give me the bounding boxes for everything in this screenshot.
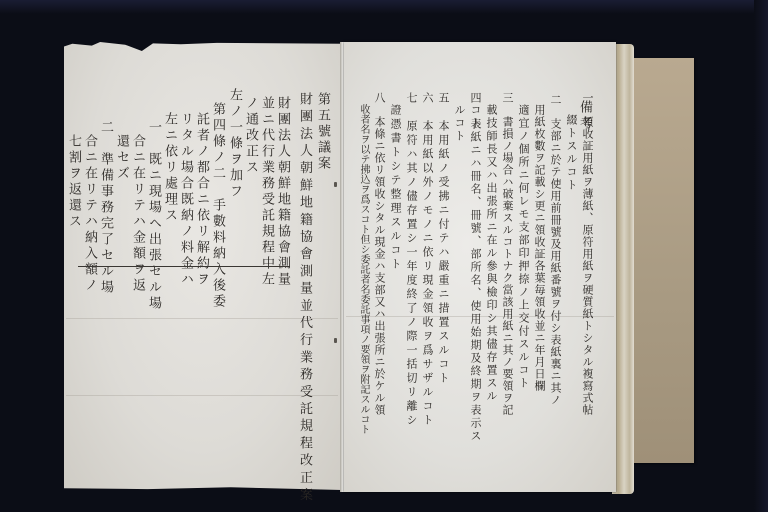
remarks-item-3: 三 書損ノ場合ハ破棄スルコトナク當該用紙ニ其ノ要領ヲ記 (502, 92, 513, 416)
left-column: 並ニ代行業務受託規程中左 (260, 96, 273, 288)
remarks-item-6: 六 本用紙以外ノモノニ依リ現金領收ヲ爲サザルコト (422, 92, 433, 428)
remarks-item-2-cont: 適宜ノ個所ニ何レモ支部印押捺ノ上交付スルコト (518, 104, 529, 390)
left-column: 一 既ニ現場ヘ出張セル場 (147, 120, 160, 312)
remarks-item-7: 七 原符ハ其ノ儘存置シ一年度終了ノ際一括切リ離シ (406, 92, 417, 428)
remarks-item-8-cont: 收者名ヲ以テ拂込ヲ爲スコト但シ委託者名委託事項ノ要領ヲ附記スルコト (358, 104, 368, 434)
remarks-item-4: 四 表紙ニハ冊名、冊號、部所名、使用始期及終期ヲ表示ス (470, 92, 481, 443)
remarks-item-2: 二 支部ニ於テ使用前冊號及用紙番號ヲ付シ表紙裏ニ其ノ (550, 94, 561, 406)
display-case-frame-right (754, 0, 768, 512)
left-column: 第四條ノ二 手數料納入後委 (211, 102, 224, 310)
left-column: 還セズ (115, 134, 128, 182)
left-column: 二 準備事務完了セル場 (99, 120, 112, 296)
agenda-number: 第五號議案 (316, 92, 329, 172)
left-column: 合ニ在リテハ納入額ノ (83, 134, 96, 294)
agenda-title: 財團法人朝鮮地籍協會測量並代行業務受託規程改正案 (298, 92, 311, 505)
remarks-item-3-cont: 載技師長又ハ出張所ニ在ル參與檢印シ其儘存置スル (486, 104, 497, 403)
left-column: 左ニ依リ處理ス (163, 112, 176, 224)
binding-staple (334, 338, 337, 343)
left-column: 託者ノ都合ニ依リ解約ヲ (195, 112, 208, 288)
left-column: リタル場合既納ノ料金ハ (179, 112, 192, 288)
remarks-item-2-cont: 用紙枚數ヲ記載シ更ニ領收証各葉毎領收並ニ年月日欄 (534, 104, 545, 392)
remarks-item-1-cont: 綴トスルコト (566, 114, 577, 192)
remarks-item-5: 五 本用紙ノ受拂ニ付テハ嚴重ニ措置スルコト (438, 92, 449, 386)
remarks-item-1: 一 領收証用紙ヲ薄紙、原符用紙ヲ硬質紙トシタル複寫式帖 (582, 92, 593, 416)
display-case-frame-top (0, 0, 768, 14)
amendment-underline (78, 266, 290, 267)
binding-staple (334, 182, 337, 187)
backing-sheet (628, 58, 694, 463)
left-column: 左ノ一條ヲ加フ (228, 88, 241, 200)
remarks-item-8: 八 本條ニ依リ領收シタル現金ハ支部又ハ出張所ニ於ケル領 (374, 92, 385, 416)
remarks-item-7-cont: 證憑書トシテ整理スルコト (390, 104, 401, 272)
remarks-item-4-cont: ルコト (454, 104, 465, 143)
left-column: 合ニ在リテハ金額ヲ返 (131, 134, 144, 294)
left-column: ノ通改正ス (244, 96, 257, 176)
left-column: 七割ヲ返還ス (67, 134, 80, 230)
left-column: 財團法人朝鮮地籍協會測量 (276, 96, 289, 288)
